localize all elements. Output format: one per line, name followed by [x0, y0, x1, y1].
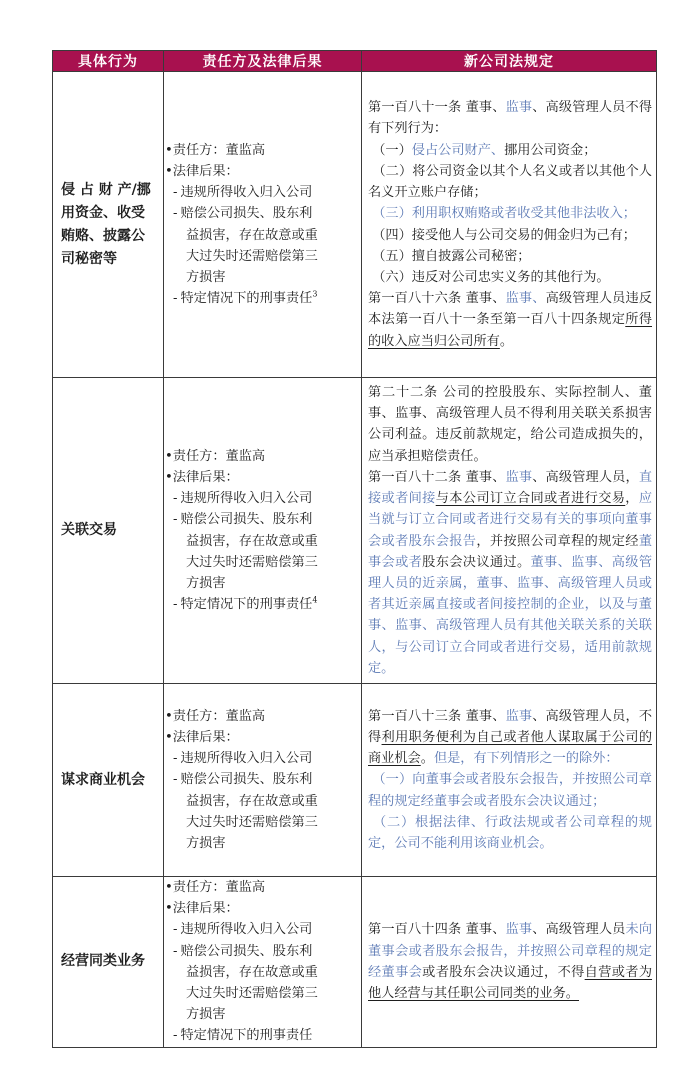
consequence-item: 特定情况下的刑事责任3: [165, 288, 357, 309]
law-text-highlight: 监事、: [506, 291, 546, 306]
law-text-underlined: 与本公司订立合同或者进行交易: [436, 491, 626, 506]
table-row: 侵 占 财 产/挪 用资金、收受 贿赂、披露公 司秘密等 •责任方：董监高 •法…: [53, 72, 657, 378]
consequence-item: 违规所得收入归入公司: [165, 182, 357, 203]
header-new-company-law: 新公司法规定: [362, 51, 657, 72]
behavior-cell: 侵 占 财 产/挪 用资金、收受 贿赂、披露公 司秘密等: [53, 72, 164, 378]
footnote-marker: 3: [312, 290, 317, 299]
law-text: ，并按照公司章程的规定经: [476, 534, 639, 549]
law-text: （四）接受他人与公司交易的佣金归为己有；: [372, 228, 636, 243]
behavior-cell: 谋求商业机会: [53, 684, 164, 877]
law-text: 第一百八十一条 董事、: [368, 100, 506, 115]
behavior-text: 经营同类业务: [61, 950, 159, 973]
consequence-item-cont: 益损害，存在故意或重: [165, 531, 357, 552]
law-item: （四）接受他人与公司交易的佣金归为己有；: [368, 225, 652, 246]
behavior-cell: 经营同类业务: [53, 877, 164, 1048]
behavior-text: 用资金、收受: [61, 202, 159, 225]
table-header-row: 具体行为 责任方及法律后果 新公司法规定: [53, 51, 657, 72]
table-row: 经营同类业务 •责任方：董监高 •法律后果： 违规所得收入归入公司 赔偿公司损失…: [53, 877, 657, 1048]
consequence-item-cont: 方损害: [165, 573, 357, 594]
law-item: （一）侵占公司财产、挪用公司资金；: [368, 140, 652, 161]
responsible-party: •责任方：董监高: [165, 140, 357, 161]
law-text-highlight: （一）向董事会或者股东会报告，并按照公司章程的规定经董事会或者股东会决议通过；: [368, 772, 652, 808]
consequence-item-cont: 方损害: [165, 267, 357, 288]
law-text-highlight: 董事、监事、高级管理人员的近亲属，董事、监事、高级管理人员或者其近亲属直接或者间…: [368, 555, 652, 676]
law-item: （一）向董事会或者股东会报告，并按照公司章程的规定经董事会或者股东会决议通过；: [368, 769, 652, 811]
responsibility-cell: •责任方：董监高 •法律后果： 违规所得收入归入公司 赔偿公司损失、股东利 益损…: [164, 72, 362, 378]
law-article-186: 第一百八十六条 董事、监事、高级管理人员违反本法第一百八十一条至第一百八十四条规…: [368, 288, 652, 352]
table-row: 谋求商业机会 •责任方：董监高 •法律后果： 违规所得收入归入公司 赔偿公司损失…: [53, 684, 657, 877]
law-text-highlight: 监事: [506, 709, 533, 724]
law-text: ，: [625, 491, 639, 506]
law-cell: 第二十二条 公司的控股股东、实际控制人、董事、监事、高级管理人员不得利用关联关系…: [362, 378, 657, 684]
consequence-item: 特定情况下的刑事责任: [165, 1025, 357, 1046]
consequences-label: •法律后果：: [165, 161, 357, 182]
law-cell: 第一百八十四条 董事、监事、高级管理人员未向董事会或者股东会报告，并按照公司章程…: [362, 877, 657, 1048]
law-text: （二）将公司资金以其个人名义或者以其他个人名义开立账户存储；: [368, 164, 652, 200]
criminal-liability-text: 特定情况下的刑事责任: [180, 291, 312, 306]
consequence-item: 违规所得收入归入公司: [165, 919, 357, 940]
responsibility-cell: •责任方：董监高 •法律后果： 违规所得收入归入公司 赔偿公司损失、股东利 益损…: [164, 378, 362, 684]
law-article-184: 第一百八十四条 董事、监事、高级管理人员未向董事会或者股东会报告，并按照公司章程…: [368, 919, 652, 1004]
consequences-label: •法律后果：: [165, 898, 357, 919]
behavior-text: 侵 占 财 产/挪: [61, 179, 159, 202]
law-item: （五）擅自披露公司秘密；: [368, 246, 652, 267]
law-item: （六）违反对公司忠实义务的其他行为。: [368, 267, 652, 288]
header-behavior: 具体行为: [53, 51, 164, 72]
consequence-item-cont: 大过失时还需赔偿第三: [165, 246, 357, 267]
behavior-text: 谋求商业机会: [61, 769, 159, 792]
law-article-182: 第一百八十二条 董事、监事、高级管理人员，直接或者间接与本公司订立合同或者进行交…: [368, 467, 652, 679]
law-item: （二）将公司资金以其个人名义或者以其他个人名义开立账户存储；: [368, 161, 652, 203]
consequences-label: •法律后果：: [165, 467, 357, 488]
law-text: 。: [421, 751, 434, 766]
law-text-highlight: （三）利用职权贿赂或者收受其他非法收入；: [372, 206, 636, 221]
behavior-cell: 关联交易: [53, 378, 164, 684]
law-item: （二）根据法律、行政法规或者公司章程的规定，公司不能利用该商业机会。: [368, 812, 652, 854]
liability-comparison-table: 具体行为 责任方及法律后果 新公司法规定 侵 占 财 产/挪 用资金、收受 贿赂…: [52, 50, 657, 1048]
law-text: 、高级管理人员，: [532, 470, 639, 485]
consequence-item: 赔偿公司损失、股东利: [165, 941, 357, 962]
law-text: 、高级管理人员: [532, 922, 625, 937]
law-cell: 第一百八十一条 董事、监事、高级管理人员不得有下列行为： （一）侵占公司财产、挪…: [362, 72, 657, 378]
consequence-item-cont: 大过失时还需赔偿第三: [165, 812, 357, 833]
consequence-item: 赔偿公司损失、股东利: [165, 769, 357, 790]
responsible-party: •责任方：董监高: [165, 446, 357, 467]
responsible-party: •责任方：董监高: [165, 706, 357, 727]
law-text: 挪用公司资金；: [504, 143, 596, 158]
behavior-text: 贿赂、披露公: [61, 225, 159, 248]
law-text-highlight: 监事: [506, 100, 533, 115]
responsibility-cell: •责任方：董监高 •法律后果： 违规所得收入归入公司 赔偿公司损失、股东利 益损…: [164, 877, 362, 1048]
header-responsibility: 责任方及法律后果: [164, 51, 362, 72]
law-text: 第一百八十六条 董事、: [368, 291, 506, 306]
table-row: 关联交易 •责任方：董监高 •法律后果： 违规所得收入归入公司 赔偿公司损失、股…: [53, 378, 657, 684]
consequence-item-cont: 大过失时还需赔偿第三: [165, 983, 357, 1004]
law-article-22: 第二十二条 公司的控股股东、实际控制人、董事、监事、高级管理人员不得利用关联关系…: [368, 382, 652, 467]
law-text: 第一百八十三条 董事、: [368, 709, 506, 724]
consequence-item-cont: 益损害，存在故意或重: [165, 225, 357, 246]
law-text-highlight: 监事: [506, 470, 533, 485]
law-text-highlight: 但是，有下列情形之一的除外：: [434, 751, 619, 766]
behavior-text: 司秘密等: [61, 248, 159, 271]
law-text: 股东会决议通过。: [422, 555, 530, 570]
law-text: （一）: [372, 143, 412, 158]
law-text: 或者股东会决议通过，不得: [422, 965, 585, 980]
consequence-item-cont: 益损害，存在故意或重: [165, 791, 357, 812]
law-article-181: 第一百八十一条 董事、监事、高级管理人员不得有下列行为：: [368, 97, 652, 139]
law-text-highlight: 监事: [506, 922, 533, 937]
consequence-item: 违规所得收入归入公司: [165, 488, 357, 509]
law-article-183: 第一百八十三条 董事、监事、高级管理人员，不得利用职务便利为自己或者他人谋取属于…: [368, 706, 652, 770]
law-text: 。: [500, 334, 513, 349]
consequence-item-cont: 益损害，存在故意或重: [165, 962, 357, 983]
law-text-highlight: 侵占公司财产、: [412, 143, 504, 158]
law-text-highlight: （二）根据法律、行政法规或者公司章程的规定，公司不能利用该商业机会。: [368, 815, 652, 851]
consequences-label: •法律后果：: [165, 727, 357, 748]
law-text: （五）擅自披露公司秘密；: [372, 249, 530, 264]
law-text: 第一百八十四条 董事、: [368, 922, 506, 937]
law-item: （三）利用职权贿赂或者收受其他非法收入；: [368, 203, 652, 224]
consequence-item-cont: 方损害: [165, 833, 357, 854]
responsible-party: •责任方：董监高: [165, 877, 357, 898]
consequence-item: 赔偿公司损失、股东利: [165, 203, 357, 224]
law-text: 第一百八十二条 董事、: [368, 470, 506, 485]
criminal-liability-text: 特定情况下的刑事责任: [180, 597, 312, 612]
footnote-marker: 4: [312, 596, 317, 605]
consequence-item: 赔偿公司损失、股东利: [165, 509, 357, 530]
consequence-item-cont: 方损害: [165, 1004, 357, 1025]
consequence-item: 特定情况下的刑事责任4: [165, 594, 357, 615]
behavior-text: 关联交易: [61, 519, 159, 542]
responsibility-cell: •责任方：董监高 •法律后果： 违规所得收入归入公司 赔偿公司损失、股东利 益损…: [164, 684, 362, 877]
law-cell: 第一百八十三条 董事、监事、高级管理人员，不得利用职务便利为自己或者他人谋取属于…: [362, 684, 657, 877]
law-text: （六）违反对公司忠实义务的其他行为。: [372, 270, 609, 285]
consequence-item: 违规所得收入归入公司: [165, 748, 357, 769]
consequence-item-cont: 大过失时还需赔偿第三: [165, 552, 357, 573]
